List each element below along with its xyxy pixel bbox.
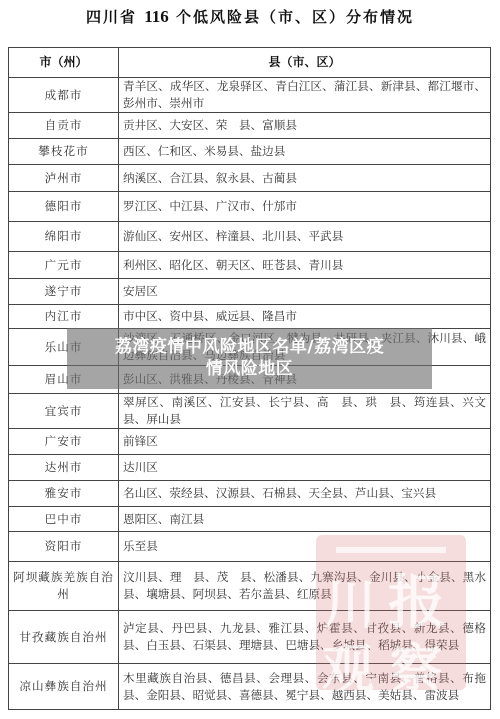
table-row: 宜宾市翠屏区、南溪区、江安县、长宁县、高 县、珙 县、筠连县、兴文县、屏山县 [9,394,491,429]
city-cell: 宜宾市 [9,394,119,429]
table-row: 广安市前锋区 [9,429,491,455]
city-cell: 巴中市 [9,507,119,532]
counties-cell: 达川区 [119,455,491,481]
counties-cell: 西区、仁和区、米易县、盐边县 [119,139,491,165]
counties-cell: 青羊区、成华区、龙泉驿区、青白江区、蒲江县、新津县、都江堰市、彭州市、崇州市 [119,78,491,113]
counties-cell: 乐至县 [119,532,491,562]
table-row: 德阳市罗江区、中江县、广汉市、什邡市 [9,192,491,222]
table-row: 遂宁市安居区 [9,279,491,305]
city-cell: 攀枝花市 [9,139,119,165]
city-cell: 雅安市 [9,481,119,507]
city-cell: 自贡市 [9,113,119,139]
counties-cell: 罗江区、中江县、广汉市、什邡市 [119,192,491,222]
overlay-line-2: 情风险地区 [67,358,432,380]
city-cell: 遂宁市 [9,279,119,305]
city-cell: 成都市 [9,78,119,113]
city-cell: 绵阳市 [9,222,119,252]
table-header-row: 市（州） 县（市、区） [9,48,491,78]
document-title: 四川省 116 个低风险县（市、区）分布情况 [0,6,500,27]
counties-cell: 前锋区 [119,429,491,455]
table-row: 雅安市名山区、荥经县、汉源县、石棉县、天全县、芦山县、宝兴县 [9,481,491,507]
table-row: 自贡市贡井区、大安区、荣 县、富顺县 [9,113,491,139]
table-row: 绵阳市游仙区、安州区、梓潼县、北川县、平武县 [9,222,491,252]
city-cell: 甘孜藏族自治州 [9,611,119,664]
city-cell: 广安市 [9,429,119,455]
counties-cell: 安居区 [119,279,491,305]
overlay-line-1: 荔湾疫情中风险地区名单/荔湾区疫 [67,336,432,358]
city-cell: 达州市 [9,455,119,481]
counties-cell: 翠屏区、南溪区、江安县、长宁县、高 县、珙 县、筠连县、兴文县、屏山县 [119,394,491,429]
city-cell: 泸州市 [9,165,119,192]
city-cell: 内江市 [9,305,119,329]
table-body: 成都市青羊区、成华区、龙泉驿区、青白江区、蒲江县、新津县、都江堰市、彭州市、崇州… [9,78,491,710]
title-suffix: 个低风险县（市、区）分布情况 [176,8,414,26]
city-cell: 广元市 [9,252,119,279]
counties-cell: 恩阳区、南江县 [119,507,491,532]
counties-cell: 名山区、荥经县、汉源县、石棉县、天全县、芦山县、宝兴县 [119,481,491,507]
counties-cell: 汶川县、理 县、茂 县、松潘县、九寨沟县、金川县、小金县、黑水县、壤塘县、阿坝县… [119,562,491,611]
counties-cell: 市中区、资中县、威远县、隆昌市 [119,305,491,329]
city-cell: 德阳市 [9,192,119,222]
table-row: 阿坝藏族羌族自治州汶川县、理 县、茂 县、松潘县、九寨沟县、金川县、小金县、黑水… [9,562,491,611]
table-row: 内江市市中区、资中县、威远县、隆昌市 [9,305,491,329]
table-row: 达州市达川区 [9,455,491,481]
table-row: 攀枝花市西区、仁和区、米易县、盐边县 [9,139,491,165]
counties-cell: 木里藏族自治县、德昌县、会理县、会东县、宁南县、普格县、布拖县、金阳县、昭觉县、… [119,664,491,710]
article-title-overlay[interactable]: 荔湾疫情中风险地区名单/荔湾区疫 情风险地区 [67,328,432,389]
header-counties: 县（市、区） [119,48,491,78]
counties-cell: 贡井区、大安区、荣 县、富顺县 [119,113,491,139]
title-prefix: 四川省 [86,8,137,26]
table-row: 广元市利州区、昭化区、朝天区、旺苍县、青川县 [9,252,491,279]
table-row: 甘孜藏族自治州泸定县、丹巴县、九龙县、雅江县、炉霍县、甘孜县、新龙县、德格县、白… [9,611,491,664]
title-number: 116 [144,7,169,26]
table-row: 巴中市恩阳区、南江县 [9,507,491,532]
table-row: 资阳市乐至县 [9,532,491,562]
city-cell: 阿坝藏族羌族自治州 [9,562,119,611]
table-row: 泸州市纳溪区、合江县、叙永县、古蔺县 [9,165,491,192]
counties-cell: 纳溪区、合江县、叙永县、古蔺县 [119,165,491,192]
table-row: 凉山彝族自治州木里藏族自治县、德昌县、会理县、会东县、宁南县、普格县、布拖县、金… [9,664,491,710]
header-city: 市（州） [9,48,119,78]
counties-cell: 泸定县、丹巴县、九龙县、雅江县、炉霍县、甘孜县、新龙县、德格县、白玉县、石渠县、… [119,611,491,664]
counties-cell: 利州区、昭化区、朝天区、旺苍县、青川县 [119,252,491,279]
city-cell: 资阳市 [9,532,119,562]
counties-cell: 游仙区、安州区、梓潼县、北川县、平武县 [119,222,491,252]
city-cell: 凉山彝族自治州 [9,664,119,710]
table-row: 成都市青羊区、成华区、龙泉驿区、青白江区、蒲江县、新津县、都江堰市、彭州市、崇州… [9,78,491,113]
